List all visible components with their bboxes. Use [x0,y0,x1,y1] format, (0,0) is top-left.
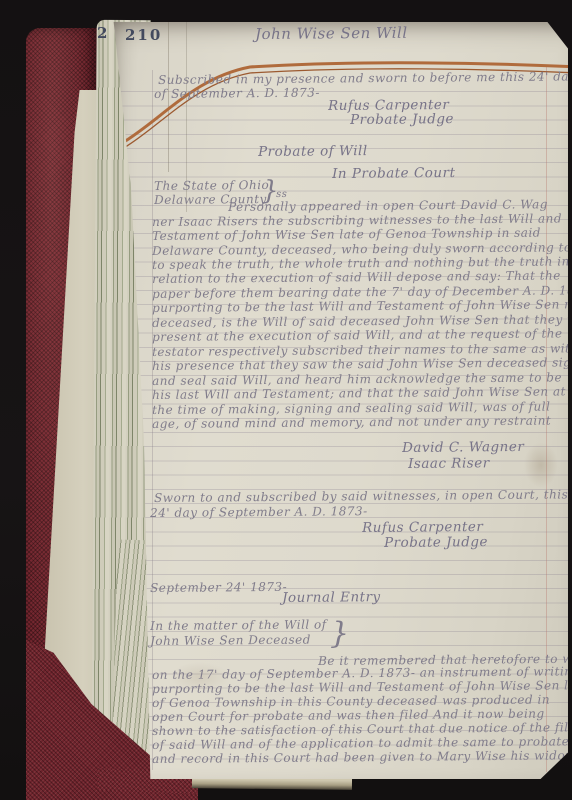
jurat-line: 24' day of September A. D. 1873- [150,505,368,520]
journal-heading: Journal Entry [282,591,381,605]
witness-signature: Isaac Riser [408,457,490,471]
case-caption-line: In the matter of the Will of [150,618,327,633]
attestation-line: of September A. D. 1873- [154,87,320,101]
journal-date: September 24' 1873- [150,581,287,595]
court-heading: In Probate Court [332,167,456,181]
ledger-page: 210 John Wise Sen Will Subscribed in my … [110,22,568,779]
running-head: John Wise Sen Will [255,27,408,41]
section-heading: Probate of Will [258,145,368,159]
witness-signature: David C. Wagner [402,441,524,455]
foxing-stain [524,442,558,488]
case-caption-line: John Wise Sen Deceased [150,634,311,648]
judge-signature-title: Probate Judge [384,536,488,550]
caption-brace: } [330,616,349,651]
page-number: 210 [125,26,162,44]
judge-signature: Rufus Carpenter [362,521,483,535]
probate-record-book-photo: 2 210 John Wise Sen Will Subscribed in m… [0,0,572,800]
judge-signature-title: Probate Judge [350,113,454,127]
previous-page-number: 2 [97,24,109,42]
venue-state: The State of Ohio [154,179,269,193]
